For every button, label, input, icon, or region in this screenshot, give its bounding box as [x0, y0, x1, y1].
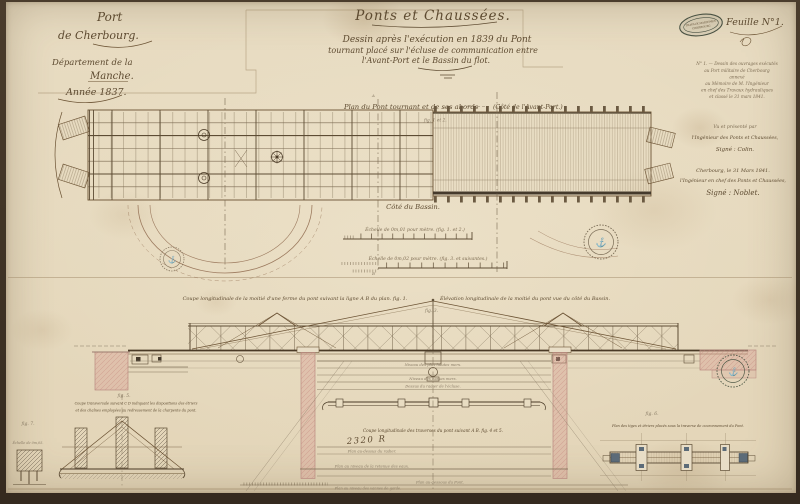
basin-side-label: Côté du Bassin. [386, 203, 440, 211]
fig5-caption-line2: et des chaînes employées au redressement… [76, 409, 197, 413]
description-line3: l'Avant-Port et le Bassin du flot. [362, 56, 490, 65]
departement-line: Département de la [51, 57, 133, 68]
chief-engineer-title: l'Ingénieur en chef des Ponts et Chaussé… [680, 177, 786, 184]
scale2-label: Échelle de 0m,02 pour mètre. (fig. 3. et… [368, 254, 488, 262]
round-stamp-elevation: ⚓ [717, 355, 749, 387]
fig6-label: fig. 6. [644, 411, 659, 417]
registry-line: en chef des Travaux hydrauliques [701, 88, 773, 93]
annee-line: Année 1837. [65, 87, 127, 98]
level-label: Dessus du radier de l'écluse. [404, 384, 460, 389]
stair-fan [58, 164, 90, 188]
registry-line: et classé le 31 mars 1841. [709, 94, 765, 99]
registry-line: au Port militaire de Cherbourg [704, 68, 770, 73]
description-line2: tournant placé sur l'écluse de communica… [328, 46, 538, 55]
registry-line: N° 1. — Dessin des ouvrages exécutés [695, 61, 777, 66]
fig6-end-block [611, 454, 620, 463]
fig7-section: fig. 7. Échelle de 0m,05. [12, 421, 46, 485]
section-block [17, 450, 42, 471]
fig3-label: fig. 3. [424, 308, 439, 314]
deck-planked-section [433, 106, 651, 203]
header-block: Ponts et Chaussées. Dessin après l'exécu… [328, 8, 538, 78]
fig5-posts [75, 417, 167, 468]
masonry-left-abutment [92, 352, 130, 390]
truss [128, 299, 748, 354]
scale1-label: Échelle de 0m,01 pour mètre. (fig. 1. et… [364, 225, 465, 233]
elevation-left-caption: Coupe longitudinale de la moitié d'une f… [183, 295, 408, 302]
registry-line: au Mémoire de M. l'Ingénieur [705, 81, 770, 86]
fig6-end-stub [748, 456, 755, 462]
sheet-number: Feuille N°1. [725, 17, 784, 28]
scale-bar-2 [340, 261, 507, 273]
chief-signature-name: Signé : Noblet. [706, 189, 759, 197]
fig5-ground-hatch [60, 474, 184, 479]
pit-wall-right [549, 347, 571, 479]
stair-fan [58, 116, 90, 140]
port-line: Port [96, 10, 123, 24]
signature-intro: Vu et présenté par [713, 123, 757, 130]
registry-line: annexé [729, 75, 745, 80]
curb-band [433, 112, 651, 114]
scale-bar-1 [343, 232, 472, 240]
fig6-plan: fig. 6. Plan des tiges et étriers placés… [600, 411, 756, 481]
scale-bars: Échelle de 0m,01 pour mètre. (fig. 1. et… [340, 225, 507, 273]
fig5-cross-section: fig. 5. Coupe transversale suivant C D i… [59, 393, 197, 487]
level-label: Plan au niveau des vannes de garde. [334, 487, 402, 491]
plan-view: Plan du Pont tournant et de ses abords (… [55, 92, 675, 281]
scanned-drawing-sheet: Port de Cherbourg. Département de la Man… [0, 0, 800, 504]
fig7-label: fig. 7. [20, 421, 35, 427]
place-date: Cherbourg, le 31 Mars 1841. [696, 168, 770, 174]
cherbourg-line: de Cherbourg. [58, 29, 139, 42]
fig6-caption: Plan des tiges et étriers placés sous la… [611, 424, 744, 428]
fig6-end-stub [603, 456, 610, 462]
pit-wall-left [297, 347, 319, 479]
chain-assembly [323, 398, 546, 410]
manche-line: Manche. [89, 71, 134, 82]
level-label: Niveau des basses mers. [408, 376, 457, 381]
anchor-icon: ⚓ [595, 237, 608, 249]
level-label: Niveau des plus hautes mers. [404, 362, 462, 367]
fig6-end-block [739, 454, 748, 463]
archive-note-purple: 2320 R [346, 434, 387, 447]
deck-grid-section [88, 110, 433, 200]
round-stamp-mid: ⚓ [584, 225, 618, 259]
anchor-icon: ⚓ [168, 255, 178, 264]
service-title: Ponts et Chaussées. [354, 8, 511, 24]
corner-block: Feuille N°1. N° 1. — Dessin des ouvrages… [680, 17, 786, 197]
guard-posts-bottom [433, 196, 651, 203]
description-line1: Dessin après l'exécution en 1839 du Pont [342, 34, 532, 45]
level-label: Plan au-dessus du radier. [347, 449, 397, 454]
level-label: Plan au-dessous du Pont. [415, 480, 464, 485]
curb-band [433, 192, 651, 195]
coupe-ab-label: Coupe longitudinale des traverses du pon… [363, 428, 503, 433]
fig5-label: fig. 5. [116, 393, 131, 399]
section-mark-a: A [371, 93, 375, 98]
level-label: Plan au niveau de la retenue des eaux. [334, 464, 409, 469]
section-legs [21, 471, 37, 484]
fig7-scale-label: Échelle de 0m,05. [12, 440, 44, 445]
title-block: Port de Cherbourg. Département de la Man… [51, 10, 152, 103]
drawing: Port de Cherbourg. Département de la Man… [0, 0, 800, 504]
end-flourish [418, 66, 472, 78]
guard-posts-top [433, 106, 651, 113]
elevation-right-caption: Élévation longitudinale de la moitié du … [439, 294, 611, 302]
engineer-title: l'Ingénieur des Ponts et Chaussées, [692, 134, 779, 141]
paraph [740, 38, 751, 46]
round-stamp-left: ⚓ [160, 247, 184, 271]
fig5-caption-line1: Coupe transversale suivant C D indiquant… [75, 402, 198, 406]
signature-name: Signé : Colin. [716, 146, 754, 153]
oval-stamp: TRAVAUX MARITIMES CHERBOURG [678, 11, 724, 38]
